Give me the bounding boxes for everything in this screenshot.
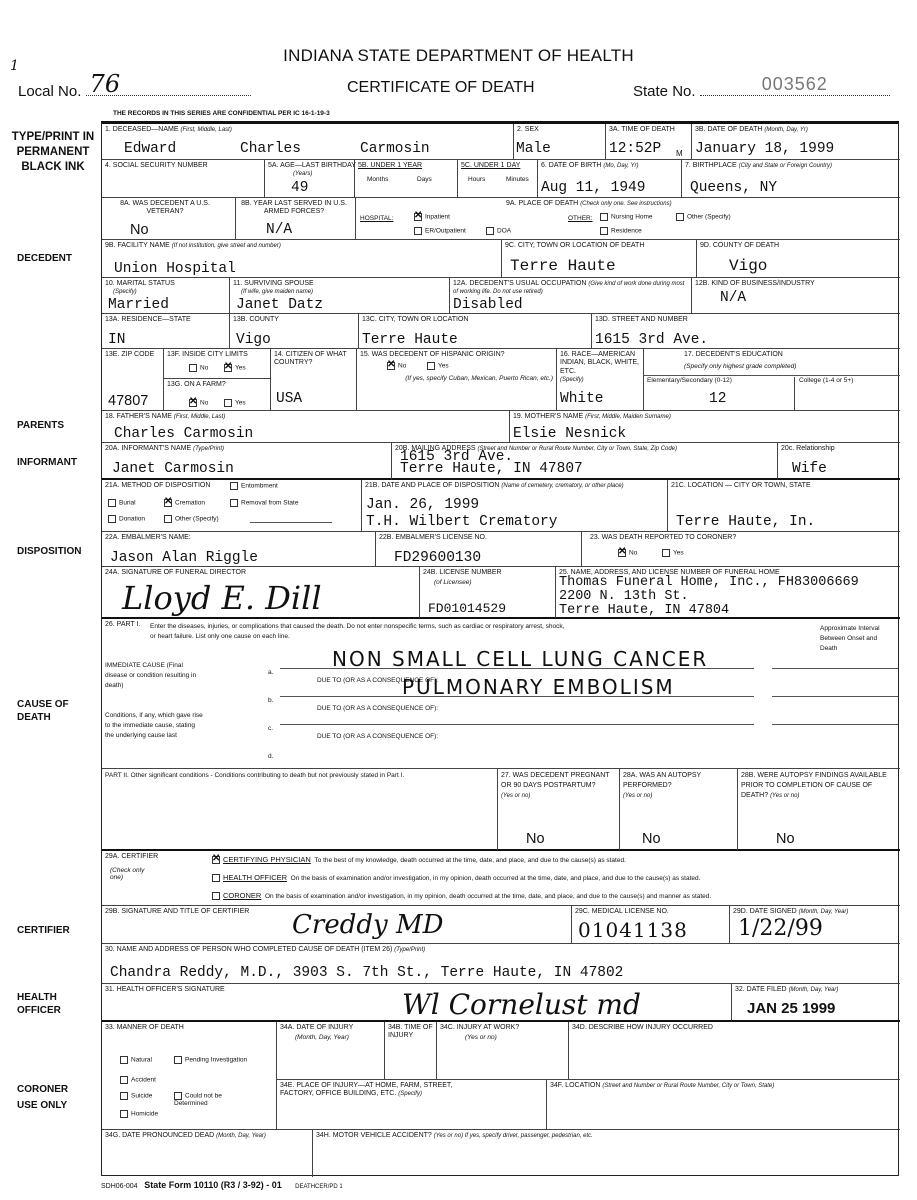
mother-name: Elsie Nesnick	[513, 426, 626, 442]
field-24b-license: 24b. LICENSE NUMBER (of Licensee) FD0101…	[420, 567, 556, 619]
informant-name: Janet Carmosin	[112, 461, 234, 477]
field-13b-county: 13b. COUNTY Vigo	[230, 314, 359, 349]
field-2-sex: 2. SEX Male	[514, 124, 606, 160]
field-13g-farm: 13g. ON A FARM? No Yes	[164, 379, 271, 411]
time-of-death: 12:52P	[609, 141, 661, 157]
date-of-death: January 18, 1999	[695, 141, 834, 157]
field-9a-place-of-death: 9a. PLACE OF DEATH (Check only one. See …	[356, 198, 900, 240]
autopsy-findings-value: No	[776, 831, 795, 847]
mailing-line2: Terre Haute, IN 47807	[400, 461, 583, 477]
field-29a-certifier: 29a. CERTIFIER (Check only one) CERTIFYI…	[102, 851, 900, 906]
field-26-part1-cause: 26. PART I. Enter the diseases, injuries…	[102, 619, 900, 769]
name-middle: Charles	[240, 141, 301, 157]
side-disposition: DISPOSITION	[17, 546, 107, 559]
field-34a-injury-date: 34a. DATE OF INJURY (Month, Day, Year)	[277, 1022, 385, 1080]
checkbox-donation[interactable]: Donation	[108, 515, 145, 523]
director-license: FD01014529	[428, 601, 506, 616]
side-certifier: CERTIFIER	[17, 925, 107, 938]
field-5a-age: 5a. AGE—Last Birthday(Years) 49	[265, 160, 355, 198]
embalmer-name: Jason Alan Riggle	[110, 550, 258, 566]
business-industry: N/A	[720, 290, 746, 306]
field-6-birth-date: 6. DATE OF BIRTH (Mo, Day, Yr) Aug 11, 1…	[538, 160, 682, 198]
marital-status: Married	[108, 297, 169, 313]
field-28a-autopsy: 28a. WAS AN AUTOPSY PERFORMED?(Yes or no…	[620, 769, 738, 851]
field-8b-armed-forces: 8b. YEAR LAST SERVED IN U.S. ARMED FORCE…	[236, 198, 356, 240]
field-25-funeral-home: 25. NAME, ADDRESS, AND LICENSE NUMBER OF…	[556, 567, 900, 619]
field-3a-time: 3a. TIME OF DEATH 12:52P M	[606, 124, 692, 160]
field-21b-disposition-place: 21b. DATE AND PLACE OF DISPOSITION (Name…	[362, 480, 668, 532]
field-20a-informant: 20a. INFORMANT'S NAME (Type/Print) Janet…	[102, 443, 392, 480]
sex-value: Male	[516, 141, 551, 157]
side-cause-of-death: CAUSE OF DEATH	[17, 699, 77, 724]
birthplace: Queens, NY	[690, 180, 777, 196]
age-value: 49	[291, 180, 308, 196]
footer-form: State Form 10110 (R3 / 3-92) - 01	[144, 1180, 282, 1190]
field-33-manner: 33. MANNER OF DEATH Natural Pending Inve…	[102, 1022, 277, 1130]
checkbox-coroner-yes[interactable]: Yes	[662, 549, 684, 557]
checkbox-residence[interactable]: Residence	[600, 227, 642, 235]
checkbox-coroner[interactable]: CORONER On the basis of examination and/…	[212, 891, 711, 900]
confidential-notice: THE RECORDS IN THIS SERIES ARE CONFIDENT…	[113, 110, 330, 117]
disposition-date: Jan. 26, 1999	[366, 497, 479, 513]
checkbox-farm-yes[interactable]: Yes	[224, 399, 246, 407]
checkbox-other-disposition[interactable]: Other (Specify)	[164, 515, 219, 523]
field-30-completer: 30. NAME AND ADDRESS OF PERSON WHO COMPL…	[102, 944, 900, 984]
field-20b-mailing-address: 20b. MAILING ADDRESS (Street and Number …	[392, 443, 778, 480]
field-16-race: 16. RACE—American Indian, Black, White, …	[557, 349, 644, 411]
checkbox-certifying-physician[interactable]: CERTIFYING PHYSICIAN To the best of my k…	[212, 855, 626, 864]
field-17-education: 17. DECEDENT'S EDUCATION (Specify only h…	[644, 349, 900, 411]
field-34d-injury-description: 34d. DESCRIBE HOW INJURY OCCURRED	[569, 1022, 900, 1080]
disposition-place: T.H. Wilbert Crematory	[366, 514, 557, 530]
field-34g-pronounced-dead: 34g. DATE PRONOUNCED DEAD (Month, Day, Y…	[102, 1130, 313, 1177]
field-8a-veteran: 8a. WAS DECEDENT A U.S. VETERAN? No	[102, 198, 236, 240]
funeral-home-line2: 2200 N. 13th St.	[559, 589, 689, 604]
checkbox-homicide[interactable]: Homicide	[120, 1110, 158, 1118]
field-15-hispanic: 15. WAS DECEDENT OF HISPANIC ORIGIN? No …	[357, 349, 557, 411]
side-informant: INFORMANT	[17, 457, 107, 470]
field-12a-occupation: 12a. DECEDENT'S USUAL OCCUPATION (Give k…	[450, 278, 692, 314]
health-officer-signature: Wl Cornelust md	[402, 988, 641, 1021]
disposition-location: Terre Haute, In.	[676, 514, 815, 530]
local-no: Local No. 76	[18, 82, 251, 100]
form-footer: SDH06-004 State Form 10110 (R3 / 3-92) -…	[101, 1180, 343, 1190]
field-12b-business: 12b. KIND OF BUSINESS/INDUSTRY N/A	[692, 278, 900, 314]
date-signed: 1/22/99	[738, 916, 823, 941]
field-13e-zip: 13e. ZIP CODE 47807	[102, 349, 164, 411]
citizenship: USA	[276, 391, 302, 407]
city-of-death: Terre Haute	[510, 257, 616, 275]
checkbox-hispanic-no[interactable]: No	[387, 362, 406, 370]
field-28b-autopsy-findings: 28b. WERE AUTOPSY FINDINGS AVAILABLE PRI…	[738, 769, 900, 851]
cause-b: PULMONARY EMBOLISM	[402, 675, 675, 699]
checkbox-removal[interactable]: Removal from State	[230, 499, 298, 507]
field-23-coroner-reported: 23. WAS DEATH REPORTED TO CORONER? No Ye…	[582, 532, 900, 567]
father-name: Charles Carmosin	[114, 426, 253, 442]
field-24a-funeral-director-signature: 24a. SIGNATURE OF FUNERAL DIRECTOR Lloyd…	[102, 567, 420, 619]
field-21c-location: 21c. LOCATION — City or Town, State Terr…	[668, 480, 900, 532]
certificate-title: CERTIFICATE OF DEATH	[347, 79, 535, 97]
field-34e-injury-place: 34e. PLACE OF INJURY—At home, farm, stre…	[277, 1080, 547, 1130]
date-filed: JAN 25 1999	[747, 1000, 835, 1017]
field-1-name: 1. DECEASED—NAME (First, Middle, Last) E…	[102, 124, 514, 160]
side-health-officer: HEALTH OFFICER	[17, 992, 77, 1017]
checkbox-other[interactable]: Other (Specify)	[676, 213, 731, 221]
residence-county: Vigo	[236, 332, 271, 348]
name-last: Carmosin	[360, 141, 430, 157]
side-coroner: CORONER USE ONLY	[17, 1082, 82, 1114]
field-29d-date-signed: 29d. DATE SIGNED (Month, Day, Year) 1/22…	[730, 906, 900, 944]
completer-name-address: Chandra Reddy, M.D., 3903 S. 7th St., Te…	[110, 965, 623, 981]
field-13f-city-limits: 13f. INSIDE CITY LIMITS No Yes	[164, 349, 271, 379]
checkbox-doa[interactable]: DOA	[486, 227, 511, 235]
field-5c-under-day: 5c. UNDER 1 DAY Hours Minutes	[458, 160, 538, 198]
checkbox-nursing-home[interactable]: Nursing Home	[600, 213, 653, 221]
funeral-home-line1: Thomas Funeral Home, Inc., FH83006669	[559, 575, 859, 590]
field-18-father: 18. FATHER'S NAME (First, Middle, Last) …	[102, 411, 510, 443]
armed-forces-value: N/A	[266, 222, 292, 238]
state-no: State No. 003562	[633, 82, 890, 100]
field-4-ssn: 4. SOCIAL SECURITY NUMBER	[102, 160, 265, 198]
veteran-value: No	[130, 222, 149, 238]
surviving-spouse: Janet Datz	[236, 297, 323, 313]
checkbox-health-officer[interactable]: HEALTH OFFICER On the basis of examinati…	[212, 873, 700, 882]
field-14-citizen: 14. CITIZEN OF WHAT COUNTRY? USA	[271, 349, 357, 411]
funeral-director-signature: Lloyd E. Dill	[122, 579, 322, 617]
checkbox-burial[interactable]: Burial	[108, 499, 136, 507]
field-9c-city: 9c. CITY, TOWN OR LOCATION OF DEATH Terr…	[502, 240, 697, 278]
pregnant-value: No	[526, 831, 545, 847]
checkbox-suicide[interactable]: Suicide	[120, 1092, 152, 1100]
local-no-value: 76	[90, 70, 121, 98]
embalmer-license: FD29600130	[394, 550, 481, 566]
side-parents: PARENTS	[17, 420, 107, 433]
checkbox-inpatient[interactable]: Inpatient	[414, 213, 450, 221]
state-no-label: State No.	[633, 83, 696, 100]
field-19-mother: 19. MOTHER'S NAME (First, Middle, Maiden…	[510, 411, 900, 443]
name-first: Edward	[124, 141, 176, 157]
side-decedent: DECEDENT	[17, 253, 107, 266]
field-13d-street: 13d. STREET AND NUMBER 1615 3rd Ave.	[592, 314, 900, 349]
field-7-birthplace: 7. BIRTHPLACE (City and State or Foreign…	[682, 160, 900, 198]
field-31-health-officer-signature: 31. HEALTH OFFICER'S SIGNATURE Wl Cornel…	[102, 984, 732, 1022]
residence-state: IN	[108, 332, 125, 348]
medical-license: 01041138	[578, 918, 688, 942]
field-11-spouse: 11. SURVIVING SPOUSE(If wife, give maide…	[230, 278, 450, 314]
checkbox-hispanic-yes[interactable]: Yes	[427, 362, 449, 370]
county-of-death: Vigo	[729, 257, 767, 275]
checkbox-cremation[interactable]: Cremation	[164, 499, 205, 507]
death-certificate-form: 1. DECEASED—NAME (First, Middle, Last) E…	[101, 121, 899, 1176]
field-34b-injury-time: 34b. TIME OF INJURY	[385, 1022, 437, 1080]
checkbox-pending[interactable]: Pending Investigation	[174, 1056, 254, 1064]
field-22b-embalmer-license: 22b. EMBALMER'S LICENSE NO. FD29600130	[376, 532, 582, 567]
footer-ref: DEATHCER/PD 1	[295, 1184, 343, 1190]
checkbox-undetermined[interactable]: Could not be Determined	[174, 1092, 254, 1107]
field-3b-date: 3b. DATE OF DEATH (Month, Day, Yr) Janua…	[692, 124, 900, 160]
relationship: Wife	[792, 461, 827, 477]
checkbox-er-outpatient[interactable]: ER/Outpatient	[414, 227, 466, 235]
checkbox-farm-no[interactable]: No	[189, 399, 208, 407]
residence-street: 1615 3rd Ave.	[595, 332, 708, 348]
field-10-marital: 10. MARITAL STATUS(Specify) Married	[102, 278, 230, 314]
residence-city: Terre Haute	[362, 332, 458, 348]
checkbox-city-limits-yes[interactable]: Yes	[224, 364, 246, 372]
field-34f-injury-location: 34f. LOCATION (Street and Number or Rura…	[547, 1080, 900, 1130]
field-27-pregnant: 27. WAS DECEDENT PREGNANT OR 90 DAYS POS…	[498, 769, 620, 851]
field-part2-conditions: PART II. Other significant conditions - …	[102, 769, 498, 851]
checkbox-natural[interactable]: Natural	[120, 1056, 152, 1064]
field-20c-relationship: 20c. Relationship Wife	[778, 443, 900, 480]
state-no-value: 003562	[762, 74, 828, 95]
field-29c-medical-license: 29c. MEDICAL LICENSE NO. 01041138	[572, 906, 730, 944]
education-elementary: 12	[709, 391, 726, 407]
footer-code: SDH06-004	[101, 1183, 138, 1190]
occupation: Disabled	[453, 297, 523, 313]
checkbox-coroner-no[interactable]: No	[618, 549, 637, 557]
field-13c-city: 13c. CITY, TOWN OR LOCATION Terre Haute	[359, 314, 592, 349]
facility-name: Union Hospital	[114, 261, 236, 277]
field-22a-embalmer: 22a. EMBALMER'S NAME: Jason Alan Riggle	[102, 532, 376, 567]
field-5b-under-year: 5b. UNDER 1 YEAR Months Days	[355, 160, 458, 198]
checkbox-entombment[interactable]: Entombment	[230, 482, 278, 490]
field-32-date-filed: 32. DATE FILED (Month, Day, Year) JAN 25…	[732, 984, 900, 1022]
autopsy-value: No	[642, 831, 661, 847]
checkbox-city-limits-no[interactable]: No	[189, 364, 208, 372]
field-9b-facility: 9b. FACILITY NAME (If not institution, g…	[102, 240, 502, 278]
race: White	[560, 391, 604, 407]
field-9d-county: 9d. COUNTY OF DEATH Vigo	[697, 240, 900, 278]
cause-a: NON SMALL CELL LUNG CANCER	[332, 647, 708, 671]
field-21a-disposition-method: 21a. METHOD OF DISPOSITION Entombment Bu…	[102, 480, 362, 532]
zip-code: 47807	[108, 393, 148, 409]
birth-date: Aug 11, 1949	[541, 180, 645, 196]
local-no-label: Local No.	[18, 83, 81, 100]
field-34c-injury-work: 34c. INJURY AT WORK? (Yes or no)	[437, 1022, 569, 1080]
field-34h-motor-vehicle: 34h. MOTOR VEHICLE ACCIDENT? (Yes or no)…	[313, 1130, 900, 1177]
funeral-home-line3: Terre Haute, IN 47804	[559, 603, 729, 618]
department-title: INDIANA STATE DEPARTMENT OF HEALTH	[0, 46, 917, 66]
field-29b-certifier-signature: 29b. SIGNATURE AND TITLE OF CERTIFIER Cr…	[102, 906, 572, 944]
certifier-signature: Creddy MD	[292, 910, 443, 940]
field-13a-state: 13a. RESIDENCE—STATE IN	[102, 314, 230, 349]
side-type-print: TYPE/PRINT IN PERMANENT BLACK INK	[8, 130, 98, 175]
checkbox-accident[interactable]: Accident	[120, 1076, 156, 1084]
